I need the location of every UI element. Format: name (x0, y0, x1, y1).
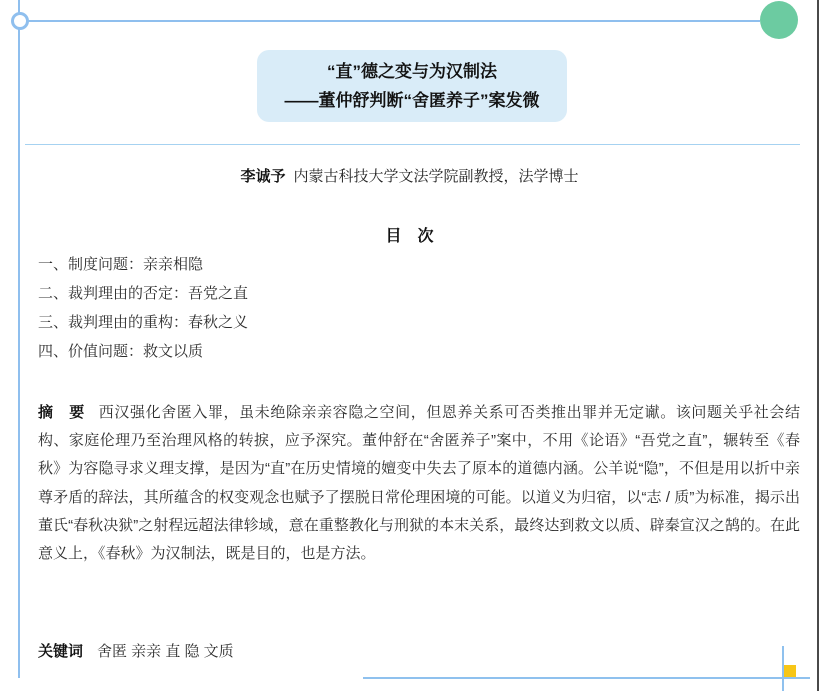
ring-circle-icon (11, 12, 29, 30)
yellow-square-icon (784, 665, 796, 677)
abstract-text: 西汉强化舍匿入罪，虽未绝除亲亲容隐之空间，但恩养关系可否类推出罪并无定谳。该问题… (38, 404, 800, 562)
toc-item-1: 一、制度问题：亲亲相隐 (38, 250, 778, 279)
author-line: 李诚予内蒙古科技大学文法学院副教授，法学博士 (19, 165, 800, 186)
keywords-line: 关键词舍匿 亲亲 直 隐 文质 (38, 640, 778, 661)
page-right-border (817, 0, 819, 691)
author-name: 李诚予 (240, 168, 285, 185)
keywords-label: 关键词 (38, 643, 83, 660)
title-separator-line (25, 144, 800, 145)
article-title-subtitle: ——董仲舒判断“舍匿养子”案发微 (285, 92, 540, 109)
article-title-main: “直”德之变与为汉制法 (327, 63, 497, 80)
bottom-accent-line (363, 677, 810, 679)
abstract-label: 摘 要 (38, 404, 85, 421)
article-title-box: “直”德之变与为汉制法 ——董仲舒判断“舍匿养子”案发微 (257, 50, 567, 122)
abstract-paragraph: 摘 要西汉强化舍匿入罪，虽未绝除亲亲容隐之空间，但恩养关系可否类推出罪并无定谳。… (38, 399, 800, 568)
toc-list: 一、制度问题：亲亲相隐 二、裁判理由的否定：吾党之直 三、裁判理由的重构：春秋之… (38, 250, 778, 366)
keywords-text: 舍匿 亲亲 直 隐 文质 (97, 643, 234, 660)
top-accent-line (19, 20, 760, 22)
left-accent-line (18, 0, 20, 678)
toc-item-4: 四、价值问题：救文以质 (38, 337, 778, 366)
author-affiliation: 内蒙古科技大学文法学院副教授，法学博士 (294, 168, 579, 185)
toc-heading: 目 次 (19, 223, 800, 246)
teal-circle-icon (760, 1, 798, 39)
toc-item-2: 二、裁判理由的否定：吾党之直 (38, 279, 778, 308)
toc-item-3: 三、裁判理由的重构：春秋之义 (38, 308, 778, 337)
